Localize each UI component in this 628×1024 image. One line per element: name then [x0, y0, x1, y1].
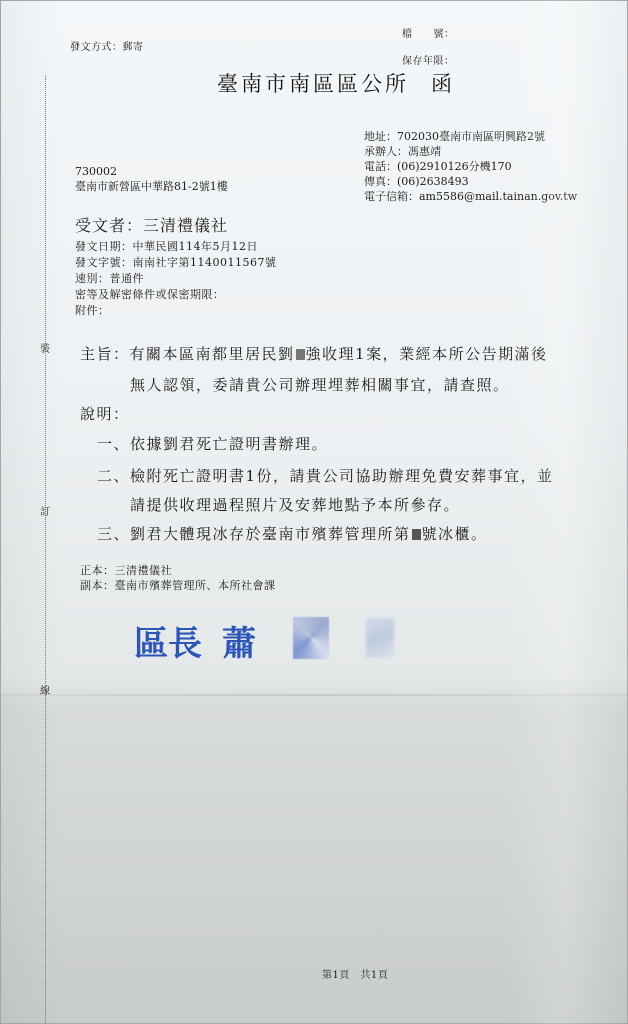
document-title: 臺南市南區區公所函: [217, 68, 455, 98]
copy-recipients: 副本：臺南市殯葬管理所、本所社會課: [80, 578, 276, 593]
document-type: 函: [431, 72, 455, 96]
explanation-label: 說明：: [80, 403, 130, 424]
signature-redacted-char-1: [293, 617, 329, 659]
explanation-item-2: 二、檢附死亡證明書1份，請貴公司協助辦理免費安葬事宜，並: [97, 465, 554, 486]
signature-title: 區長: [134, 616, 202, 665]
retention-label: 保存年限：: [402, 52, 455, 67]
item-text-part1: 劉君大體現冰存於臺南市殯葬管理所第: [130, 525, 411, 543]
sender-handler: 承辦人：馮惠靖: [364, 144, 577, 159]
sender-address: 地址：702030臺南市南區明興路2號: [364, 129, 577, 144]
agency-name: 臺南市南區區公所: [217, 72, 409, 96]
item-text-part2: 號冰櫃。: [422, 525, 488, 543]
sender-contact-block: 地址：702030臺南市南區明興路2號 承辦人：馮惠靖 電話：(06)29101…: [364, 129, 577, 204]
sender-fax: 傳真：(06)2638493: [364, 174, 577, 189]
explanation-item-3: 三、劉君大體現冰存於臺南市殯葬管理所第號冰櫃。: [97, 523, 488, 544]
item-text: 依據劉君死亡證明書辦理。: [130, 435, 328, 453]
attachments: 附件：: [75, 303, 277, 319]
signature-surname: 蕭: [222, 616, 256, 665]
redacted-number-block: [412, 529, 421, 540]
item-text: 檢附死亡證明書1份，請貴公司協助辦理免費安葬事宜，並: [130, 467, 554, 485]
item-number: 一、: [97, 435, 130, 453]
page-number-footer: 第1頁 共1頁: [322, 966, 388, 981]
binding-mark-zhuang: 裝: [40, 340, 50, 355]
sender-email: 電子信箱：am5586@mail.tainan.gov.tw: [364, 189, 577, 204]
confidentiality: 密等及解密條件或保密期限：: [75, 287, 277, 303]
sender-phone: 電話：(06)2910126分機170: [364, 159, 577, 174]
subject-line-1: 主旨：有關本區南都里居民劉強收理1案，業經本所公告期滿後: [80, 343, 548, 364]
subject-text-part1: 有關本區南都里居民劉: [130, 345, 295, 363]
original-recipient: 正本：三清禮儀社: [80, 563, 276, 578]
redacted-name-block: [296, 349, 305, 360]
recipient: 受文者：三清禮儀社: [75, 213, 228, 236]
document-meta: 發文日期：中華民國114年5月12日 發文字號：南南社字第1140011567號…: [75, 239, 277, 319]
signature-redacted-char-2: [366, 618, 394, 658]
dispatch-date: 發文日期：中華民國114年5月12日: [75, 239, 277, 255]
binding-mark-ding: 訂: [40, 503, 50, 518]
subject-label: 主旨：: [80, 345, 130, 363]
distribution-block: 正本：三清禮儀社 副本：臺南市殯葬管理所、本所社會課: [80, 563, 276, 593]
dispatch-method: 發文方式：郵寄: [70, 38, 144, 53]
subject-line-2: 無人認領，委請貴公司辦理埋葬相關事宜，請查照。: [130, 374, 510, 395]
binding-mark-xian: 線: [40, 682, 50, 697]
subject-text-part2: 強收理1案，業經本所公告期滿後: [306, 345, 548, 363]
document-number: 發文字號：南南社字第1140011567號: [75, 255, 277, 271]
item-number: 二、: [97, 467, 130, 485]
recipient-address-block: 730002 臺南市新營區中華路81-2號1樓: [75, 164, 228, 194]
explanation-item-1: 一、依據劉君死亡證明書辦理。: [97, 433, 328, 454]
recipient-street: 臺南市新營區中華路81-2號1樓: [75, 179, 228, 194]
delivery-speed: 速別：普通件: [75, 271, 277, 287]
binding-line: [45, 75, 46, 1024]
recipient-postal-code: 730002: [75, 164, 228, 179]
document-page: 裝 訂 線 發文方式：郵寄 檔 號： 保存年限： 臺南市南區區公所函 地址：70…: [0, 0, 628, 1024]
item-number: 三、: [97, 525, 130, 543]
explanation-item-2-line-2: 請提供收理過程照片及安葬地點予本所參存。: [130, 494, 460, 515]
file-number-label: 檔 號：: [402, 25, 455, 40]
paper-fold-line: [0, 694, 628, 696]
